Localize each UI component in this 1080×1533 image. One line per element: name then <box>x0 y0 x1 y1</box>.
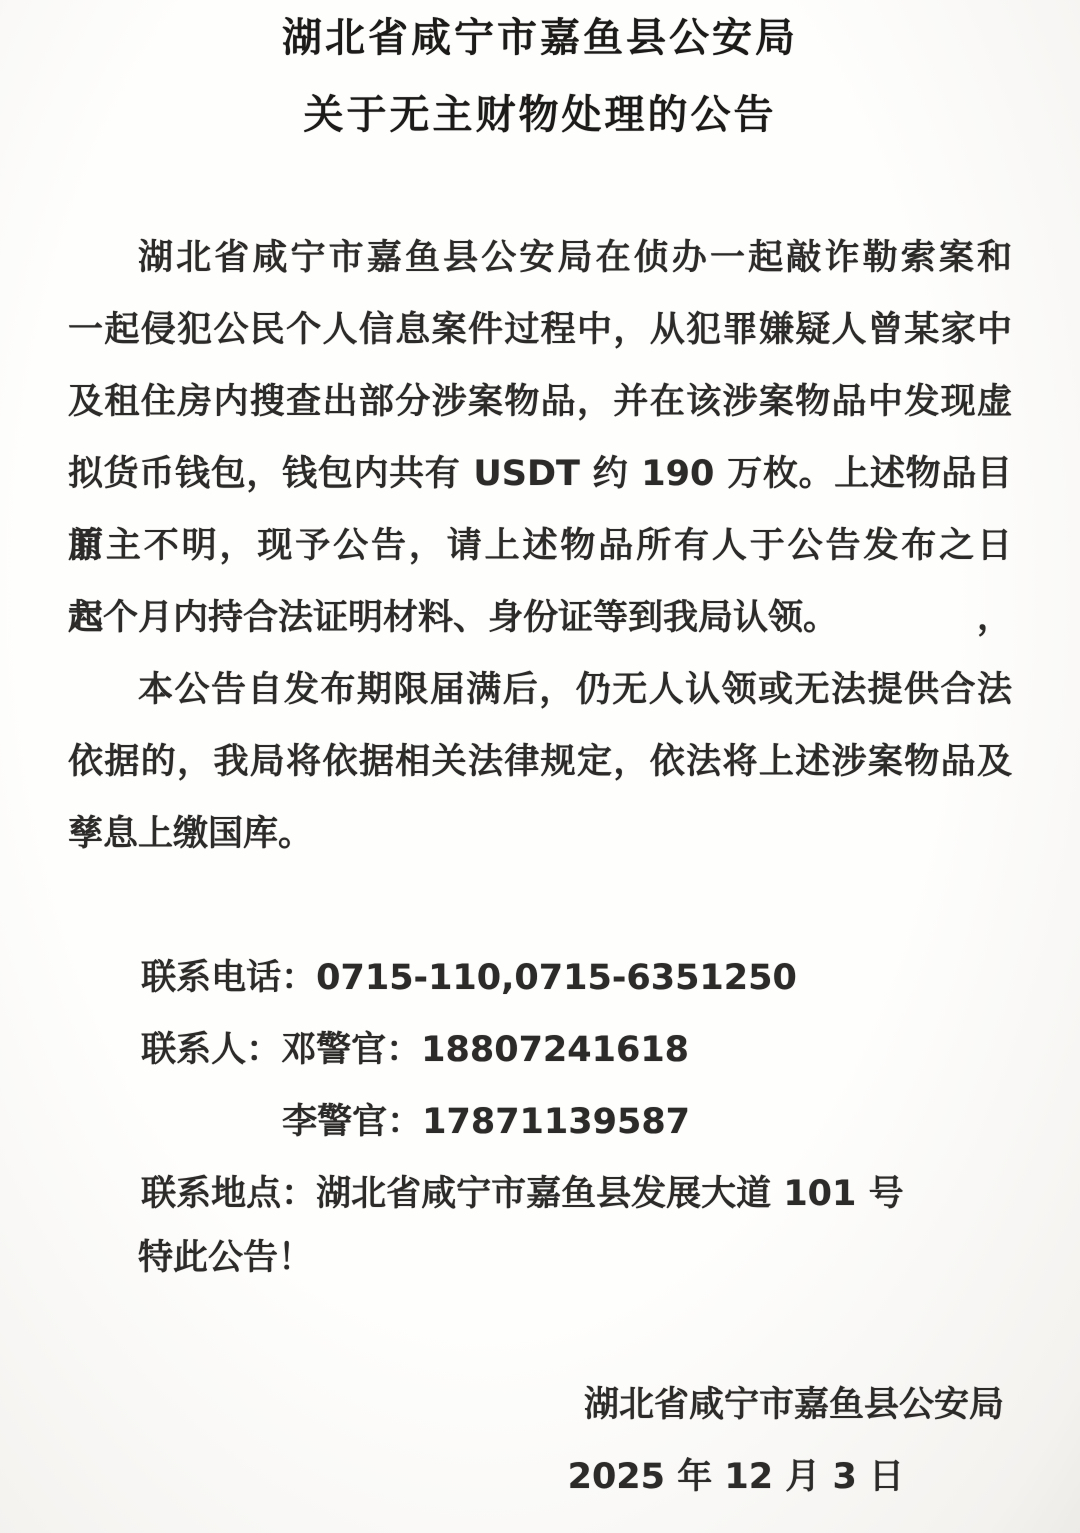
paragraph1-line: 一起侵犯公民个人信息案件过程中，从犯罪嫌疑人曾某家中 <box>68 294 1012 366</box>
contact-person2-phone: 17871139587 <box>422 1102 690 1142</box>
contact-person2-name: 李警官： <box>282 1102 422 1142</box>
contact-phone-value: 0715-110,0715-6351250 <box>316 958 797 998</box>
issuing-agency-signature: 湖北省咸宁市嘉鱼县公安局 <box>68 1369 1012 1441</box>
paragraph1-line: 及租住房内搜查出部分涉案物品，并在该涉案物品中发现虚 <box>68 366 1012 438</box>
contact-address-value: 湖北省咸宁市嘉鱼县发展大道 101 号 <box>316 1174 903 1214</box>
closing-declaration: 特此公告！ <box>68 1222 1012 1294</box>
title-line-subject: 关于无主财物处理的公告 <box>0 85 1080 145</box>
document-title: 湖北省咸宁市嘉鱼县公安局 关于无主财物处理的公告 <box>0 0 1080 145</box>
paragraph1-line: 湖北省咸宁市嘉鱼县公安局在侦办一起敲诈勒索案和 <box>68 222 1012 294</box>
contact-phone-label: 联系电话： <box>141 958 316 998</box>
contact-person1-name: 邓警官： <box>281 1030 421 1070</box>
issue-date: 2025 年 12 月 3 日 <box>68 1441 1012 1513</box>
paragraph1-line: 拟货币钱包，钱包内共有 USDT 约 190 万枚。上述物品目前 <box>68 438 1012 510</box>
announcement-document: 湖北省咸宁市嘉鱼县公安局 关于无主财物处理的公告 湖北省咸宁市嘉鱼县公安局在侦办… <box>0 0 1080 1533</box>
contact-address-label: 联系地点： <box>141 1174 316 1214</box>
paragraph2-line: 孳息上缴国库。 <box>68 798 1012 870</box>
document-body: 湖北省咸宁市嘉鱼县公安局在侦办一起敲诈勒索案和 一起侵犯公民个人信息案件过程中，… <box>68 222 1012 1513</box>
paragraph2-line: 依据的，我局将依据相关法律规定，依法将上述涉案物品及 <box>68 726 1012 798</box>
title-line-agency: 湖北省咸宁市嘉鱼县公安局 <box>0 8 1080 68</box>
paragraph2-line: 本公告自发布期限届满后，仍无人认领或无法提供合法 <box>68 654 1012 726</box>
contact-phone-row: 联系电话：0715-110,0715-6351250 <box>68 870 1012 942</box>
contact-person-label: 联系人： <box>141 1030 281 1070</box>
contact-person1-phone: 18807241618 <box>421 1030 689 1070</box>
paragraph1-line: 原主不明，现予公告，请上述物品所有人于公告发布之日起， <box>68 510 1012 582</box>
